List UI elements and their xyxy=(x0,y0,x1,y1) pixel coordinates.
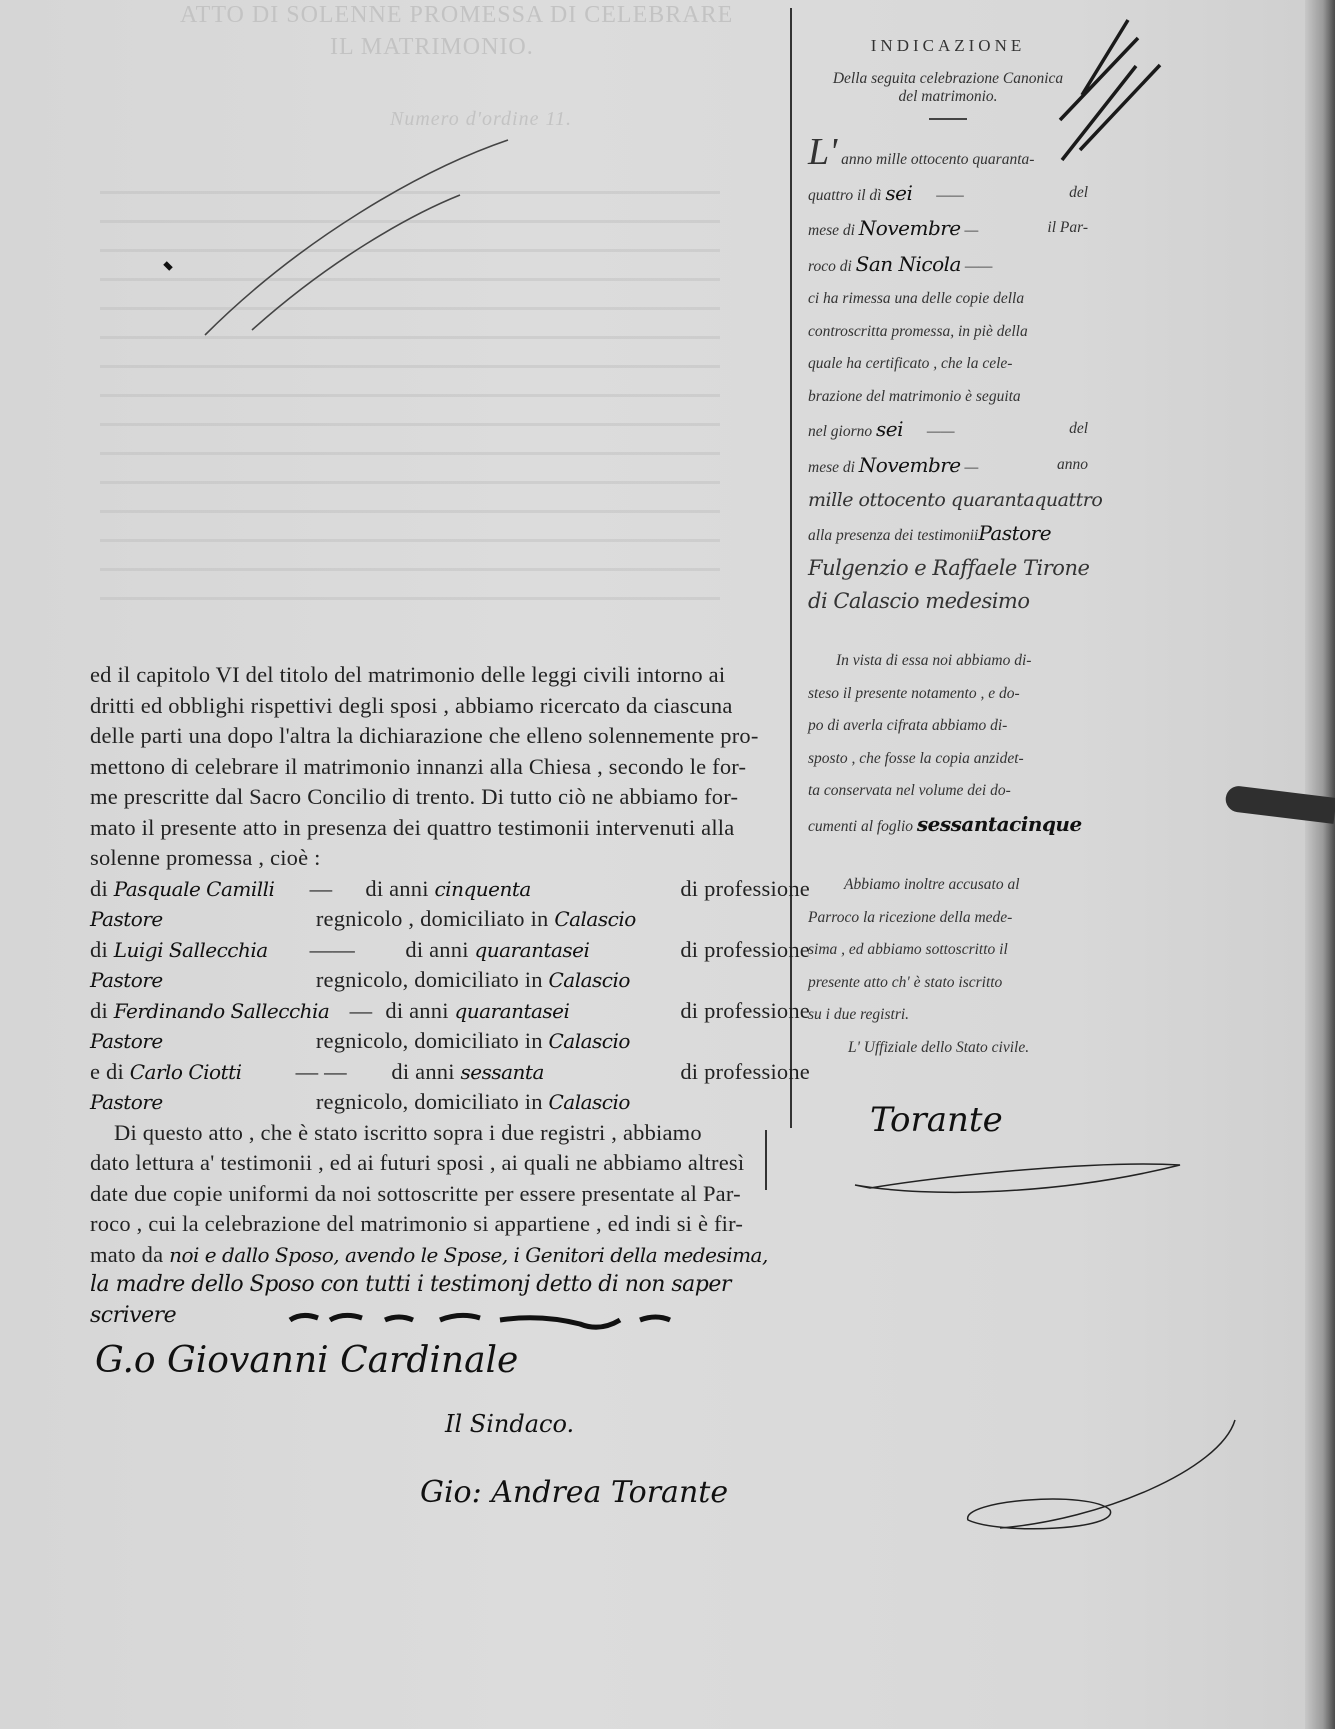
indication-line: ci ha rimessa una delle copie della xyxy=(808,283,1088,316)
body-line: ed il capitolo VI del titolo del matrimo… xyxy=(90,660,790,691)
drop-cap: L' xyxy=(808,131,837,173)
witness-profession: Pastore xyxy=(90,965,310,996)
body-line: date due copie uniformi da noi sottoscri… xyxy=(90,1179,790,1210)
section-title: INDICAZIONE xyxy=(808,36,1088,56)
regnicolo-label: regnicolo, domiciliato in xyxy=(316,1028,543,1053)
age-label: di anni xyxy=(365,876,428,901)
title-rule xyxy=(929,118,967,120)
indication-line: Parroco la ricezione della mede- xyxy=(808,902,1088,935)
witness-age: cinquenta xyxy=(434,874,574,905)
indication-line: su i due registri. xyxy=(808,999,1088,1032)
indication-line: sposto , che fosse la copia anzidet- xyxy=(808,743,1088,776)
regnicolo-label: regnicolo , domiciliato in xyxy=(316,906,549,931)
line-tail: il Par- xyxy=(1047,212,1088,245)
body-line: roco , cui la celebrazione del matrimoni… xyxy=(90,1209,790,1240)
age-label: di anni xyxy=(391,1059,454,1084)
document-page: ATTO DI SOLENNE PROMESSA DI CELEBRARE IL… xyxy=(0,0,1335,1729)
indication-line: nel giorno xyxy=(808,423,872,440)
handwritten-day: sei xyxy=(876,417,903,441)
witness-name: Luigi Sallecchia xyxy=(114,935,304,966)
profession-label: di professione xyxy=(680,874,810,905)
indication-line: roco di xyxy=(808,258,852,275)
witness-prefix: di xyxy=(90,876,108,901)
column-divider-lower xyxy=(765,1130,767,1190)
witness-prefix: di xyxy=(90,937,108,962)
profession-label: di professione xyxy=(680,1057,810,1088)
profession-label: di professione xyxy=(680,996,810,1027)
indication-line: quale ha certificato , che la cele- xyxy=(808,348,1088,381)
body-line: me prescritte dal Sacro Concilio di tren… xyxy=(90,782,790,813)
regnicolo-label: regnicolo, domiciliato in xyxy=(316,967,543,992)
indication-line: ta conservata nel volume dei do- xyxy=(808,775,1088,808)
handwritten-closing: noi e dallo Sposo, avendo le Spose, i Ge… xyxy=(169,1243,768,1267)
indication-line: sima , ed abbiamo sottoscritto il xyxy=(808,934,1088,967)
body-line: solenne promessa , cioè : xyxy=(90,843,790,874)
regnicolo-label: regnicolo, domiciliato in xyxy=(316,1089,543,1114)
indication-line: brazione del matrimonio è seguita xyxy=(808,381,1088,414)
witness-age: sessanta xyxy=(461,1057,581,1088)
witness-domicile: Calascio xyxy=(554,907,635,931)
witness-domicile: Calascio xyxy=(548,968,629,992)
handwritten-year: mille ottocento quarantaquattro xyxy=(808,484,1088,517)
body-line: mettono di celebrare il matrimonio innan… xyxy=(90,752,790,783)
indication-line: po di averla cifrata abbiamo di- xyxy=(808,710,1088,743)
witness-domicile: Calascio xyxy=(548,1029,629,1053)
witness-entry: di Ferdinando Sallecchia — di anni quara… xyxy=(90,996,790,1057)
handwritten-parish: San Nicola xyxy=(856,252,961,276)
body-line: dritti ed obblighi rispettivi degli spos… xyxy=(90,691,790,722)
indication-line: alla presenza dei testimonii xyxy=(808,527,978,544)
page-edge xyxy=(1305,0,1335,1729)
handwritten-day: sei xyxy=(885,181,912,205)
witness-domicile: Calascio xyxy=(548,1090,629,1114)
body-line: Di questo atto , che è stato iscritto so… xyxy=(90,1118,790,1149)
handwritten-month: Novembre xyxy=(859,453,961,477)
line-tail: del xyxy=(1069,413,1088,446)
profession-label: di professione xyxy=(680,935,810,966)
indication-line: Abbiamo inoltre accusato al xyxy=(808,869,1088,902)
handwritten-closing: scrivere xyxy=(90,1301,790,1332)
body-line: mato il presente atto in presenza dei qu… xyxy=(90,813,790,844)
officer-signature: Torante xyxy=(870,1100,1003,1140)
line-tail: anno xyxy=(1057,449,1088,482)
handwritten-witness: Pastore xyxy=(978,521,1051,545)
witness-profession: Pastore xyxy=(90,1026,310,1057)
handwritten-witnesses: Fulgenzio e Raffaele Tirone xyxy=(808,552,1088,585)
mayor-signature: Gio: Andrea Torante xyxy=(420,1475,728,1510)
body-line: dato lettura a' testimonii , ed ai futur… xyxy=(90,1148,790,1179)
witness-profession: Pastore xyxy=(90,904,310,935)
witness-prefix: e di xyxy=(90,1059,124,1084)
section-subtitle: del matrimonio. xyxy=(808,88,1088,106)
witness-prefix: di xyxy=(90,998,108,1023)
indicazione-section: INDICAZIONE Della seguita celebrazione C… xyxy=(808,30,1088,1064)
indication-line: In vista di essa noi abbiamo di- xyxy=(808,645,1088,678)
witness-age: quarantasei xyxy=(454,996,564,1027)
indication-line: mese di xyxy=(808,459,855,476)
age-label: di anni xyxy=(405,937,468,962)
witness-entry: e di Carlo Ciotti — — di anni sessanta d… xyxy=(90,1057,790,1118)
groom-signature: G.o Giovanni Cardinale xyxy=(95,1340,518,1381)
witness-profession: Pastore xyxy=(90,1087,310,1118)
witness-name: Ferdinando Sallecchia xyxy=(114,996,344,1027)
indication-line: presente atto ch' è stato iscritto xyxy=(808,967,1088,1000)
witness-name: Pasquale Camilli xyxy=(114,874,304,905)
body-line: delle parti una dopo l'altra la dichiara… xyxy=(90,721,790,752)
line-tail: del xyxy=(1069,177,1088,210)
indication-line: anno mille ottocento quaranta- xyxy=(841,151,1034,168)
indication-line: quattro il dì xyxy=(808,187,882,204)
officer-label: L' Uffiziale dello Stato civile. xyxy=(808,1032,1088,1065)
witness-entry: di Pasquale Camilli — di anni cinquenta … xyxy=(90,874,790,935)
age-label: di anni xyxy=(385,998,448,1023)
witness-age: quarantasei xyxy=(474,935,584,966)
handwritten-witnesses: di Calascio medesimo xyxy=(808,585,1088,618)
foglio-value: sessantacinque xyxy=(917,812,1082,836)
signed-prefix: mato da xyxy=(90,1242,163,1267)
foglio-label: cumenti al foglio xyxy=(808,818,913,835)
mayor-title: Il Sindaco. xyxy=(445,1410,574,1438)
witness-entry: di Luigi Sallecchia —— di anni quarantas… xyxy=(90,935,790,996)
handwritten-closing: la madre dello Sposo con tutti i testimo… xyxy=(90,1270,790,1301)
witness-name: Carlo Ciotti xyxy=(130,1057,290,1088)
handwritten-month: Novembre xyxy=(859,216,961,240)
section-subtitle: Della seguita celebrazione Canonica xyxy=(808,70,1088,88)
indication-line: mese di xyxy=(808,222,855,239)
indication-line: steso il presente notamento , e do- xyxy=(808,678,1088,711)
promise-act-body: ed il capitolo VI del titolo del matrimo… xyxy=(90,660,790,1331)
indication-line: controscritta promessa, in piè della xyxy=(808,316,1088,349)
